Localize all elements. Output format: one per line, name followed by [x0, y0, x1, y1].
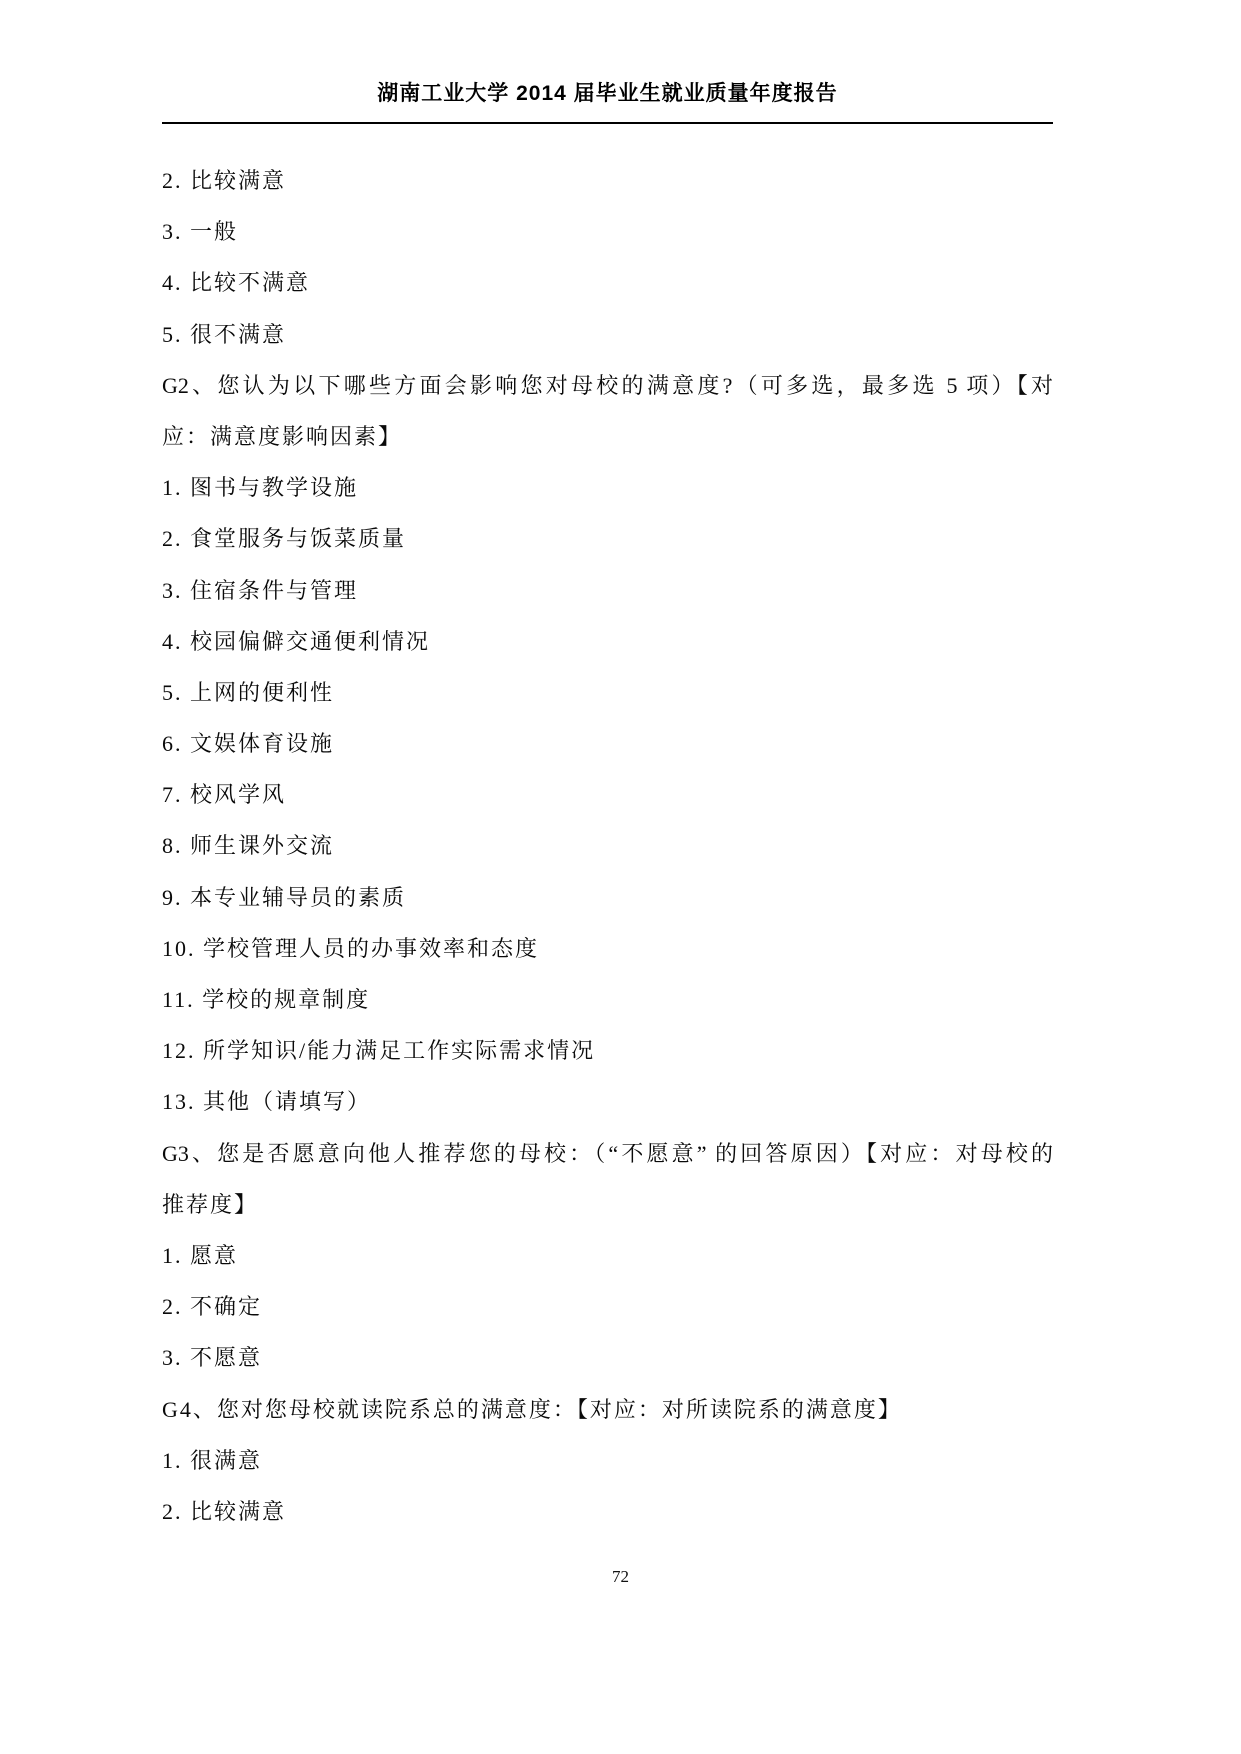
body-line: 3. 住宿条件与管理: [162, 565, 1053, 616]
body-line: G3、您是否愿意向他人推荐您的母校：（“不愿意” 的回答原因）【对应：对母校的: [162, 1128, 1053, 1179]
report-page: 湖南工业大学 2014 届毕业生就业质量年度报告 2. 比较满意3. 一般4. …: [0, 0, 1241, 1754]
body-line: 2. 比较满意: [162, 1486, 1053, 1537]
body-line: 11. 学校的规章制度: [162, 974, 1053, 1025]
body-line: 2. 比较满意: [162, 155, 1053, 206]
body-line: 10. 学校管理人员的办事效率和态度: [162, 923, 1053, 974]
body-line: 1. 愿意: [162, 1230, 1053, 1281]
body-line: 12. 所学知识/能力满足工作实际需求情况: [162, 1025, 1053, 1076]
body-line: G4、您对您母校就读院系总的满意度：【对应：对所读院系的满意度】: [162, 1384, 1053, 1435]
body-line: 1. 图书与教学设施: [162, 462, 1053, 513]
body-line: 3. 一般: [162, 206, 1053, 257]
body-line: 5. 很不满意: [162, 309, 1053, 360]
body-line: 应：满意度影响因素】: [162, 411, 1053, 462]
body-line: 1. 很满意: [162, 1435, 1053, 1486]
document-body: 2. 比较满意3. 一般4. 比较不满意5. 很不满意G2、您认为以下哪些方面会…: [162, 155, 1053, 1537]
body-line: 3. 不愿意: [162, 1332, 1053, 1383]
page-number: 72: [0, 1566, 1241, 1588]
body-line: 2. 不确定: [162, 1281, 1053, 1332]
body-line: 4. 比较不满意: [162, 257, 1053, 308]
body-line: 6. 文娱体育设施: [162, 718, 1053, 769]
body-line: 9. 本专业辅导员的素质: [162, 872, 1053, 923]
header-rule: [162, 122, 1053, 124]
body-line: 13. 其他（请填写）: [162, 1076, 1053, 1127]
body-line: 7. 校风学风: [162, 769, 1053, 820]
body-line: 推荐度】: [162, 1179, 1053, 1230]
body-line: 2. 食堂服务与饭菜质量: [162, 513, 1053, 564]
body-line: 8. 师生课外交流: [162, 820, 1053, 871]
body-line: 4. 校园偏僻交通便利情况: [162, 616, 1053, 667]
page-header-title: 湖南工业大学 2014 届毕业生就业质量年度报告: [162, 80, 1053, 108]
body-line: G2、您认为以下哪些方面会影响您对母校的满意度?（可多选，最多选 5 项）【对: [162, 360, 1053, 411]
body-line: 5. 上网的便利性: [162, 667, 1053, 718]
